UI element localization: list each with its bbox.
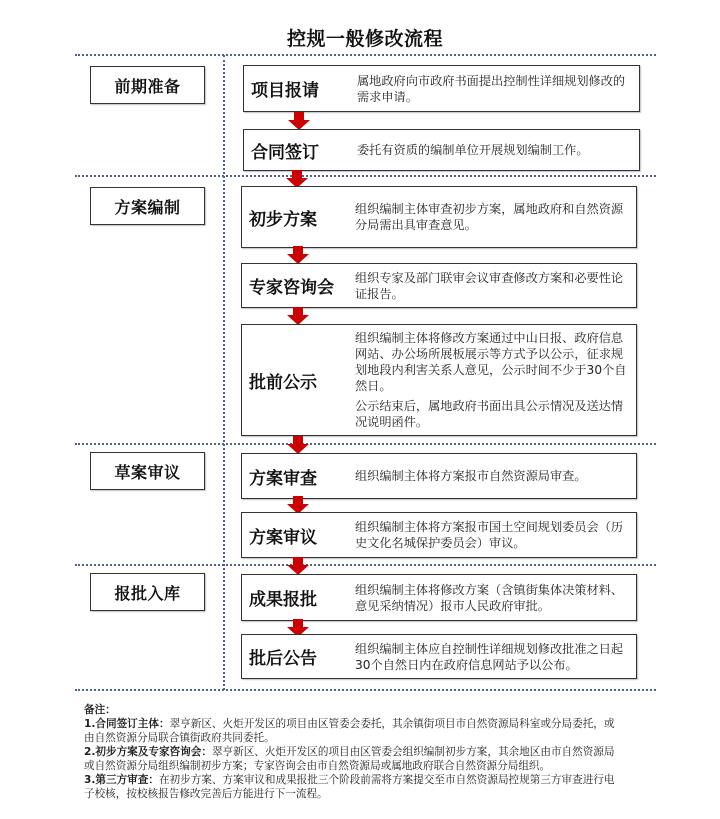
step-desc: 组织编制主体将修改方案（含镇街集体决策材料、意见采纳情况）报市人民政府审批。 [355, 582, 636, 614]
step-desc: 组织编制主体将修改方案通过中山日报、政府信息网站、办公场所展板展示等方式予以公示… [355, 330, 636, 430]
step-pre-approval-publicity: 批前公示 组织编制主体将修改方案通过中山日报、政府信息网站、办公场所展板展示等方… [241, 324, 637, 436]
section-divider [75, 689, 656, 691]
step-preliminary-plan: 初步方案 组织编制主体审查初步方案，属地政府和自然资源分局需出具审查意见。 [241, 186, 637, 248]
stage-approval-archiving: 报批入库 [90, 573, 205, 611]
step-desc: 组织编制主体将方案报市自然资源局审查。 [355, 468, 636, 484]
flow-arrow-down-icon [288, 112, 310, 130]
step-desc: 委托有资质的编制单位开展规划编制工作。 [357, 142, 639, 158]
step-desc: 组织专家及部门联审会议审查修改方案和必要性论证报告。 [355, 270, 636, 302]
section-divider [75, 54, 656, 56]
step-desc: 属地政府向市政府书面提出控制性详细规划修改的需求申请。 [357, 73, 639, 105]
step-expert-consultation: 专家咨询会 组织专家及部门联审会议审查修改方案和必要性论证报告。 [241, 263, 637, 308]
column-divider [223, 55, 225, 690]
note-item-cont: 子校核，按校核报告修改完善后方能进行下一流程。 [84, 787, 684, 801]
step-name: 方案审查 [242, 464, 355, 489]
stage-plan-drafting: 方案编制 [90, 187, 205, 225]
step-plan-deliberation: 方案审议 组织编制主体将方案报市国土空间规划委员会（历史文化名城保护委员会）审议… [241, 512, 637, 558]
step-result-submission: 成果报批 组织编制主体将修改方案（含镇街集体决策材料、意见采纳情况）报市人民政府… [241, 574, 637, 621]
step-name: 初步方案 [242, 205, 355, 230]
stage-draft-review: 草案审议 [90, 452, 205, 490]
step-name: 项目报请 [244, 76, 357, 101]
note-item: 1.合同签订主体：翠亨新区、火炬开发区的项目由区管委会委托，其余镇街项目市自然资… [84, 717, 684, 731]
step-name: 合同签订 [244, 138, 357, 163]
step-project-application: 项目报请 属地政府向市政府书面提出控制性详细规划修改的需求申请。 [243, 65, 640, 112]
step-post-approval-announcement: 批后公告 组织编制主体应自控制性详细规划修改批准之日起30个自然日内在政府信息网… [241, 634, 637, 679]
note-item-cont: 或自然资源分局组织编制初步方案；专家咨询会由市自然资源局或属地政府联合自然资源分… [84, 759, 684, 773]
step-name: 方案审议 [242, 523, 355, 548]
flow-arrow-down-icon [287, 307, 309, 325]
step-plan-examination: 方案审查 组织编制主体将方案报市自然资源局审查。 [241, 453, 637, 499]
step-name: 批后公告 [242, 644, 355, 669]
diagram-title: 控规一般修改流程 [0, 24, 720, 51]
flow-arrow-down-icon [287, 246, 309, 264]
step-desc: 组织编制主体将方案报市国土空间规划委员会（历史文化名城保护委员会）审议。 [355, 519, 636, 551]
step-name: 批前公示 [242, 368, 355, 393]
flow-arrow-down-icon [287, 436, 309, 454]
step-desc: 组织编制主体审查初步方案，属地政府和自然资源分局需出具审查意见。 [355, 201, 636, 233]
section-divider [75, 443, 656, 445]
section-divider [75, 175, 656, 177]
notes-heading: 备注： [84, 703, 684, 717]
step-desc: 组织编制主体应自控制性详细规划修改批准之日起30个自然日内在政府信息网站予以公布… [355, 641, 636, 673]
section-divider [75, 564, 656, 566]
note-item: 3.第三方审查：在初步方案、方案审议和成果报批三个阶段前需将方案提交至市自然资源… [84, 773, 684, 787]
notes-section: 备注： 1.合同签订主体：翠亨新区、火炬开发区的项目由区管委会委托，其余镇街项目… [84, 703, 684, 801]
note-item: 2.初步方案及专家咨询会：翠亨新区、火炬开发区的项目由区管委会组织编制初步方案，… [84, 745, 684, 759]
step-name: 成果报批 [242, 585, 355, 610]
step-contract-signing: 合同签订 委托有资质的编制单位开展规划编制工作。 [243, 129, 640, 171]
step-name: 专家咨询会 [242, 273, 355, 298]
stage-preparation: 前期准备 [90, 66, 205, 104]
flow-arrow-down-icon [287, 557, 309, 575]
note-item-cont: 由自然资源分局联合镇街政府共同委托。 [84, 731, 684, 745]
